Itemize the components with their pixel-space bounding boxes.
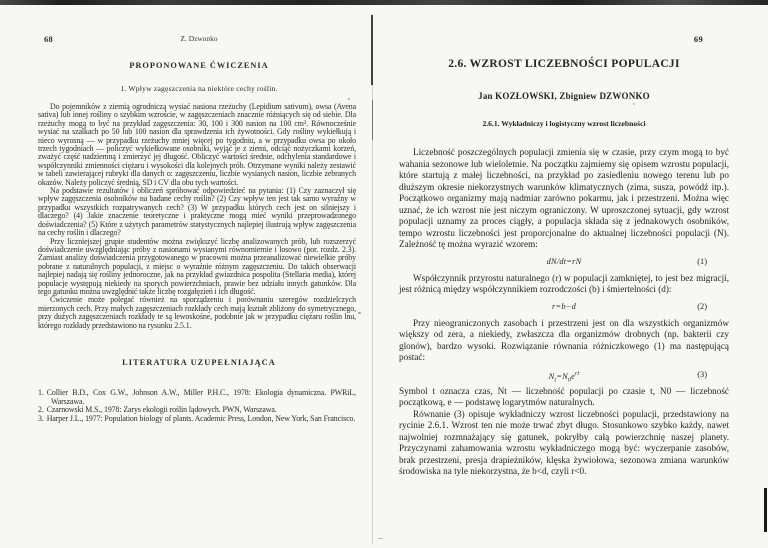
equation-3-number: (3) <box>697 369 707 381</box>
right-page: 69 2.6. WZROST LICZEBNOŚCI POPULACJI Jan… <box>399 34 729 478</box>
subsection-heading: 2.6.1. Wykładniczy i logistyczny wzrost … <box>399 119 729 128</box>
page-number-left: 68 <box>44 34 53 44</box>
equation-2-number: (2) <box>697 301 707 313</box>
equation-3-expression: Nt=N0ert <box>399 369 729 387</box>
reference-item: 1.Collier B.D., Cox G.W., Johnson A.W., … <box>38 389 356 406</box>
paragraph-exponential-growth: Równanie (3) opisuje wykładniczy wzrost … <box>399 409 729 478</box>
scan-edge-mark <box>764 488 767 532</box>
left-page-header: 68 Z. Dzwonko <box>38 34 360 44</box>
body-paragraph: Ćwiczenie może polegać również na sporzą… <box>38 296 356 330</box>
chapter-heading: 2.6. WZROST LICZEBNOŚCI POPULACJI <box>399 58 729 70</box>
paragraph-growth-rate: Współczynnik przyrostu naturalnego (r) w… <box>399 273 729 296</box>
equation-2-expression: r=b−d <box>399 301 729 313</box>
book-gutter-crease-mid <box>372 100 373 140</box>
equation-1-expression: dN/dt=rN <box>399 256 729 268</box>
body-paragraph: Na podstawie rezultatów i obliczeń sprób… <box>38 187 356 237</box>
equation-1-number: (1) <box>697 256 707 268</box>
book-gutter-crease-dark <box>371 15 373 85</box>
equation-3: Nt=N0ert (3) <box>399 369 729 382</box>
exercise-heading: 1. Wpływ zagęszczenia na niektóre cechy … <box>38 84 360 93</box>
equation-2: r=b−d (2) <box>399 301 729 314</box>
reference-list: 1.Collier B.D., Cox G.W., Johnson A.W., … <box>38 389 356 423</box>
reference-number: 3. <box>38 414 44 423</box>
section-heading: PROPONOWANE ĆWICZENIA <box>38 61 360 70</box>
body-paragraph: Przy liczniejszej grupie studentów można… <box>38 238 356 297</box>
authors-line: Jan KOZŁOWSKI, Zbigniew DZWONKO <box>399 91 729 101</box>
reference-number: 2. <box>38 405 44 414</box>
left-page: 68 Z. Dzwonko PROPONOWANE ĆWICZENIA 1. W… <box>38 34 360 423</box>
right-page-body: Liczebność poszczególnych populacji zmie… <box>399 147 729 478</box>
left-page-body: Do pojemników z ziemią ogrodniczą wysiać… <box>38 103 356 330</box>
reference-text: Collier B.D., Cox G.W., Johnson A.W., Mi… <box>47 388 356 406</box>
reference-item: 3.Harper J.L., 1977: Population biology … <box>38 415 356 424</box>
running-head: Z. Dzwonko <box>38 34 360 43</box>
book-gutter-crease <box>372 14 373 544</box>
scan-edge-shadow <box>0 0 768 5</box>
equation-1: dN/dt=rN (1) <box>399 256 729 269</box>
page-number-right: 69 <box>399 34 729 44</box>
scan-speck <box>378 538 383 539</box>
paragraph-symbols: Symbol t oznacza czas, Nt — liczebność p… <box>399 386 729 409</box>
literature-heading: LITERATURA UZUPEŁNIAJĄCA <box>38 358 360 367</box>
reference-number: 1. <box>38 388 44 397</box>
reference-text: Harper J.L., 1977: Population biology of… <box>47 414 356 423</box>
paragraph-intro: Liczebność poszczególnych populacji zmie… <box>399 147 729 251</box>
body-paragraph: Do pojemników z ziemią ogrodniczą wysiać… <box>38 103 356 187</box>
paragraph-unlimited-resources: Przy nieograniczonych zasobach i przestr… <box>399 318 729 364</box>
